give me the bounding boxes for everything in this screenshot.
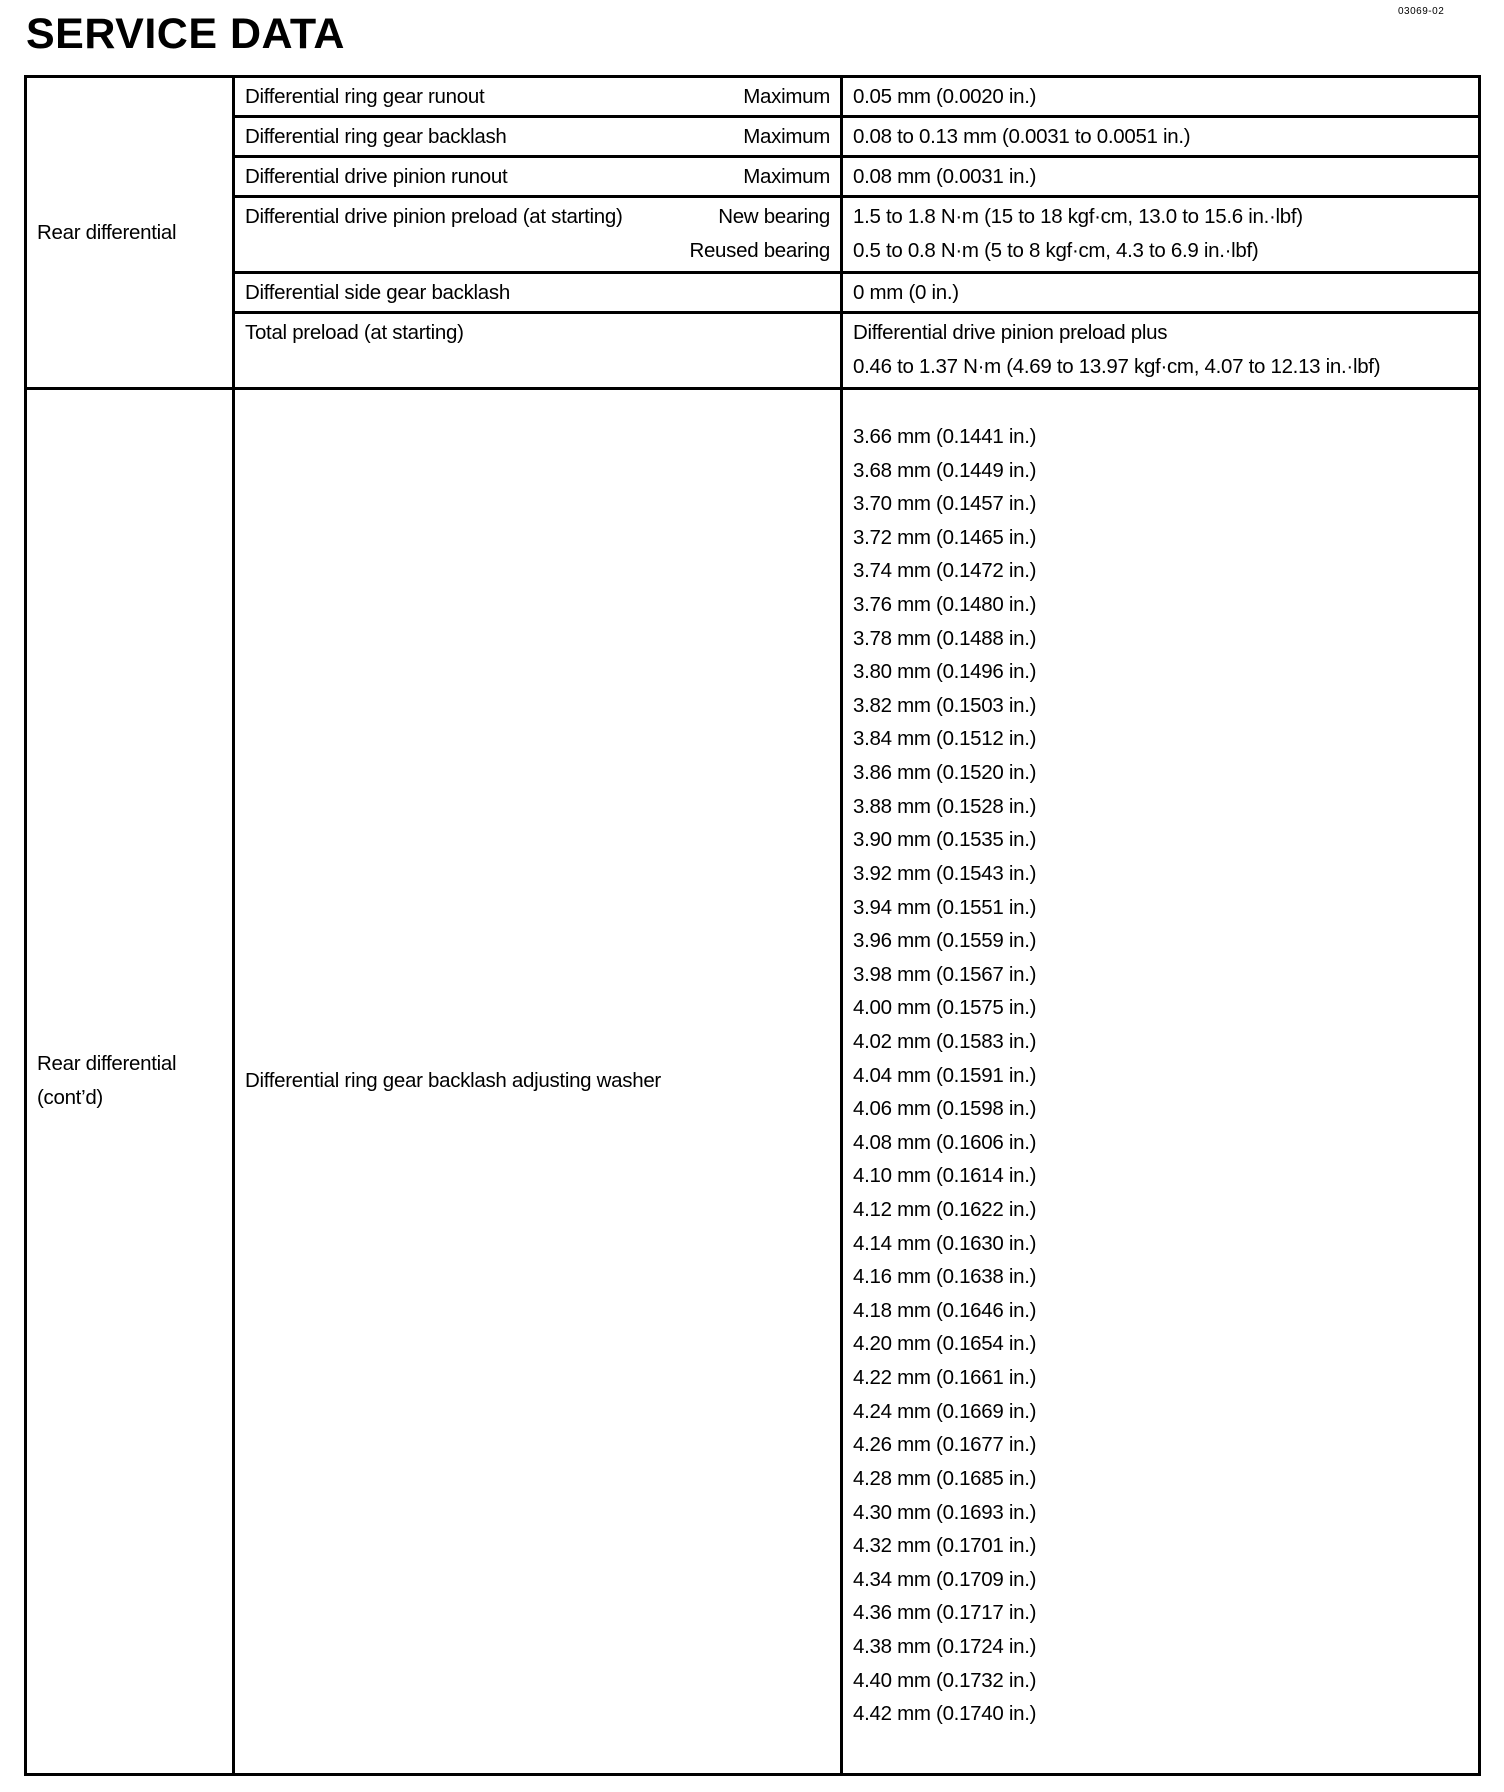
table-row: Differential side gear backlash 0 mm (0 …	[26, 273, 1480, 313]
washer-thickness-value: 4.20 mm (0.1654 in.)	[853, 1327, 1468, 1361]
washer-thickness-value: 4.08 mm (0.1606 in.)	[853, 1126, 1468, 1160]
item-cell: Differential ring gear backlash Maximum	[234, 117, 842, 157]
item-label: Differential side gear backlash	[245, 274, 510, 311]
washer-thickness-value: 3.98 mm (0.1567 in.)	[853, 958, 1468, 992]
group-label-cell: Rear differential	[26, 77, 234, 389]
item-qualifier: Reused bearing	[689, 234, 830, 268]
group-label: Rear differential	[37, 221, 176, 244]
washer-thickness-value: 3.72 mm (0.1465 in.)	[853, 521, 1468, 555]
spec-value: 0.5 to 0.8 N·m (5 to 8 kgf·cm, 4.3 to 6.…	[853, 234, 1258, 268]
washer-thickness-value: 4.32 mm (0.1701 in.)	[853, 1529, 1468, 1563]
item-qualifier: Maximum	[743, 78, 830, 115]
item-label: Differential ring gear backlash adjustin…	[245, 1069, 661, 1092]
washer-thickness-value: 3.88 mm (0.1528 in.)	[853, 790, 1468, 824]
washer-thickness-value: 4.06 mm (0.1598 in.)	[853, 1092, 1468, 1126]
washer-thickness-value: 3.84 mm (0.1512 in.)	[853, 722, 1468, 756]
table-row: Rear differential (cont’d) Differential …	[26, 389, 1480, 1775]
washer-thickness-value: 3.90 mm (0.1535 in.)	[853, 823, 1468, 857]
table-row: Differential ring gear backlash Maximum …	[26, 117, 1480, 157]
washer-thickness-value: 4.34 mm (0.1709 in.)	[853, 1563, 1468, 1597]
value-cell: 0.08 to 0.13 mm (0.0031 to 0.0051 in.)	[842, 117, 1480, 157]
washer-thickness-value: 4.36 mm (0.1717 in.)	[853, 1596, 1468, 1630]
spec-value: Differential drive pinion preload plus	[853, 316, 1167, 350]
value-cell: 0.08 mm (0.0031 in.)	[842, 157, 1480, 197]
spec-value: 0.05 mm (0.0020 in.)	[853, 78, 1036, 115]
washer-thickness-value: 4.40 mm (0.1732 in.)	[853, 1664, 1468, 1698]
item-qualifier: New bearing	[718, 200, 830, 234]
washer-thickness-value: 4.04 mm (0.1591 in.)	[853, 1059, 1468, 1093]
spec-value: 0.08 mm (0.0031 in.)	[853, 158, 1036, 195]
washer-thickness-value: 3.92 mm (0.1543 in.)	[853, 857, 1468, 891]
washer-thickness-value: 4.10 mm (0.1614 in.)	[853, 1159, 1468, 1193]
spec-value: 1.5 to 1.8 N·m (15 to 18 kgf·cm, 13.0 to…	[853, 200, 1303, 234]
item-cell: Differential ring gear backlash adjustin…	[234, 389, 842, 1775]
washer-thickness-value: 3.76 mm (0.1480 in.)	[853, 588, 1468, 622]
washer-thickness-value: 3.86 mm (0.1520 in.)	[853, 756, 1468, 790]
table-row: Differential drive pinion runout Maximum…	[26, 157, 1480, 197]
washer-thickness-value: 3.78 mm (0.1488 in.)	[853, 622, 1468, 656]
item-label: Differential drive pinion runout	[245, 158, 507, 195]
washer-thickness-value: 3.80 mm (0.1496 in.)	[853, 655, 1468, 689]
service-data-table: Rear differential Differential ring gear…	[24, 75, 1481, 1776]
washer-thickness-value: 3.82 mm (0.1503 in.)	[853, 689, 1468, 723]
washer-thickness-value: 4.30 mm (0.1693 in.)	[853, 1496, 1468, 1530]
washer-thickness-value: 4.18 mm (0.1646 in.)	[853, 1294, 1468, 1328]
washer-thickness-value: 3.96 mm (0.1559 in.)	[853, 924, 1468, 958]
washer-thickness-value: 4.28 mm (0.1685 in.)	[853, 1462, 1468, 1496]
washer-thickness-value: 4.26 mm (0.1677 in.)	[853, 1428, 1468, 1462]
item-cell: Differential side gear backlash	[234, 273, 842, 313]
item-cell: Differential ring gear runout Maximum	[234, 77, 842, 117]
spec-value: 0.46 to 1.37 N·m (4.69 to 13.97 kgf·cm, …	[853, 350, 1380, 384]
value-cell: 1.5 to 1.8 N·m (15 to 18 kgf·cm, 13.0 to…	[842, 197, 1480, 273]
item-cell: Total preload (at starting)	[234, 313, 842, 389]
washer-thickness-value: 4.42 mm (0.1740 in.)	[853, 1697, 1468, 1731]
group-label: Rear differential	[37, 1047, 232, 1081]
table-row: Rear differential Differential ring gear…	[26, 77, 1480, 117]
washer-thickness-value: 4.00 mm (0.1575 in.)	[853, 991, 1468, 1025]
item-label: Differential ring gear runout	[245, 78, 484, 115]
washer-thickness-value: 4.22 mm (0.1661 in.)	[853, 1361, 1468, 1395]
value-cell: 0 mm (0 in.)	[842, 273, 1480, 313]
washer-thickness-list: 3.66 mm (0.1441 in.)3.68 mm (0.1449 in.)…	[853, 390, 1468, 1773]
item-label: Total preload (at starting)	[245, 316, 464, 350]
item-cell: Differential drive pinion runout Maximum	[234, 157, 842, 197]
washer-thickness-value: 3.74 mm (0.1472 in.)	[853, 554, 1468, 588]
table-row: Differential drive pinion preload (at st…	[26, 197, 1480, 273]
washer-thickness-value: 3.66 mm (0.1441 in.)	[853, 420, 1468, 454]
washer-thickness-value: 4.14 mm (0.1630 in.)	[853, 1227, 1468, 1261]
value-cell: 0.05 mm (0.0020 in.)	[842, 77, 1480, 117]
spec-value: 0 mm (0 in.)	[853, 274, 959, 311]
page-title: SERVICE DATA	[26, 10, 345, 59]
washer-thickness-value: 4.38 mm (0.1724 in.)	[853, 1630, 1468, 1664]
group-label-continued: (cont’d)	[37, 1081, 232, 1115]
spec-value: 0.08 to 0.13 mm (0.0031 to 0.0051 in.)	[853, 118, 1190, 155]
group-label-cell: Rear differential (cont’d)	[26, 389, 234, 1775]
washer-thickness-value: 3.68 mm (0.1449 in.)	[853, 454, 1468, 488]
value-cell: Differential drive pinion preload plus 0…	[842, 313, 1480, 389]
item-qualifier: Maximum	[743, 158, 830, 195]
item-qualifier: Maximum	[743, 118, 830, 155]
item-cell: Differential drive pinion preload (at st…	[234, 197, 842, 273]
washer-thickness-value: 4.02 mm (0.1583 in.)	[853, 1025, 1468, 1059]
document-code: 03069-02	[1398, 6, 1444, 17]
item-label: Differential drive pinion preload (at st…	[245, 200, 623, 234]
washer-thickness-value: 4.16 mm (0.1638 in.)	[853, 1260, 1468, 1294]
item-label: Differential ring gear backlash	[245, 118, 507, 155]
table-row: Total preload (at starting) Differential…	[26, 313, 1480, 389]
washer-thickness-value: 4.24 mm (0.1669 in.)	[853, 1395, 1468, 1429]
value-cell: 3.66 mm (0.1441 in.)3.68 mm (0.1449 in.)…	[842, 389, 1480, 1775]
washer-thickness-value: 4.12 mm (0.1622 in.)	[853, 1193, 1468, 1227]
washer-thickness-value: 3.70 mm (0.1457 in.)	[853, 487, 1468, 521]
washer-thickness-value: 3.94 mm (0.1551 in.)	[853, 891, 1468, 925]
